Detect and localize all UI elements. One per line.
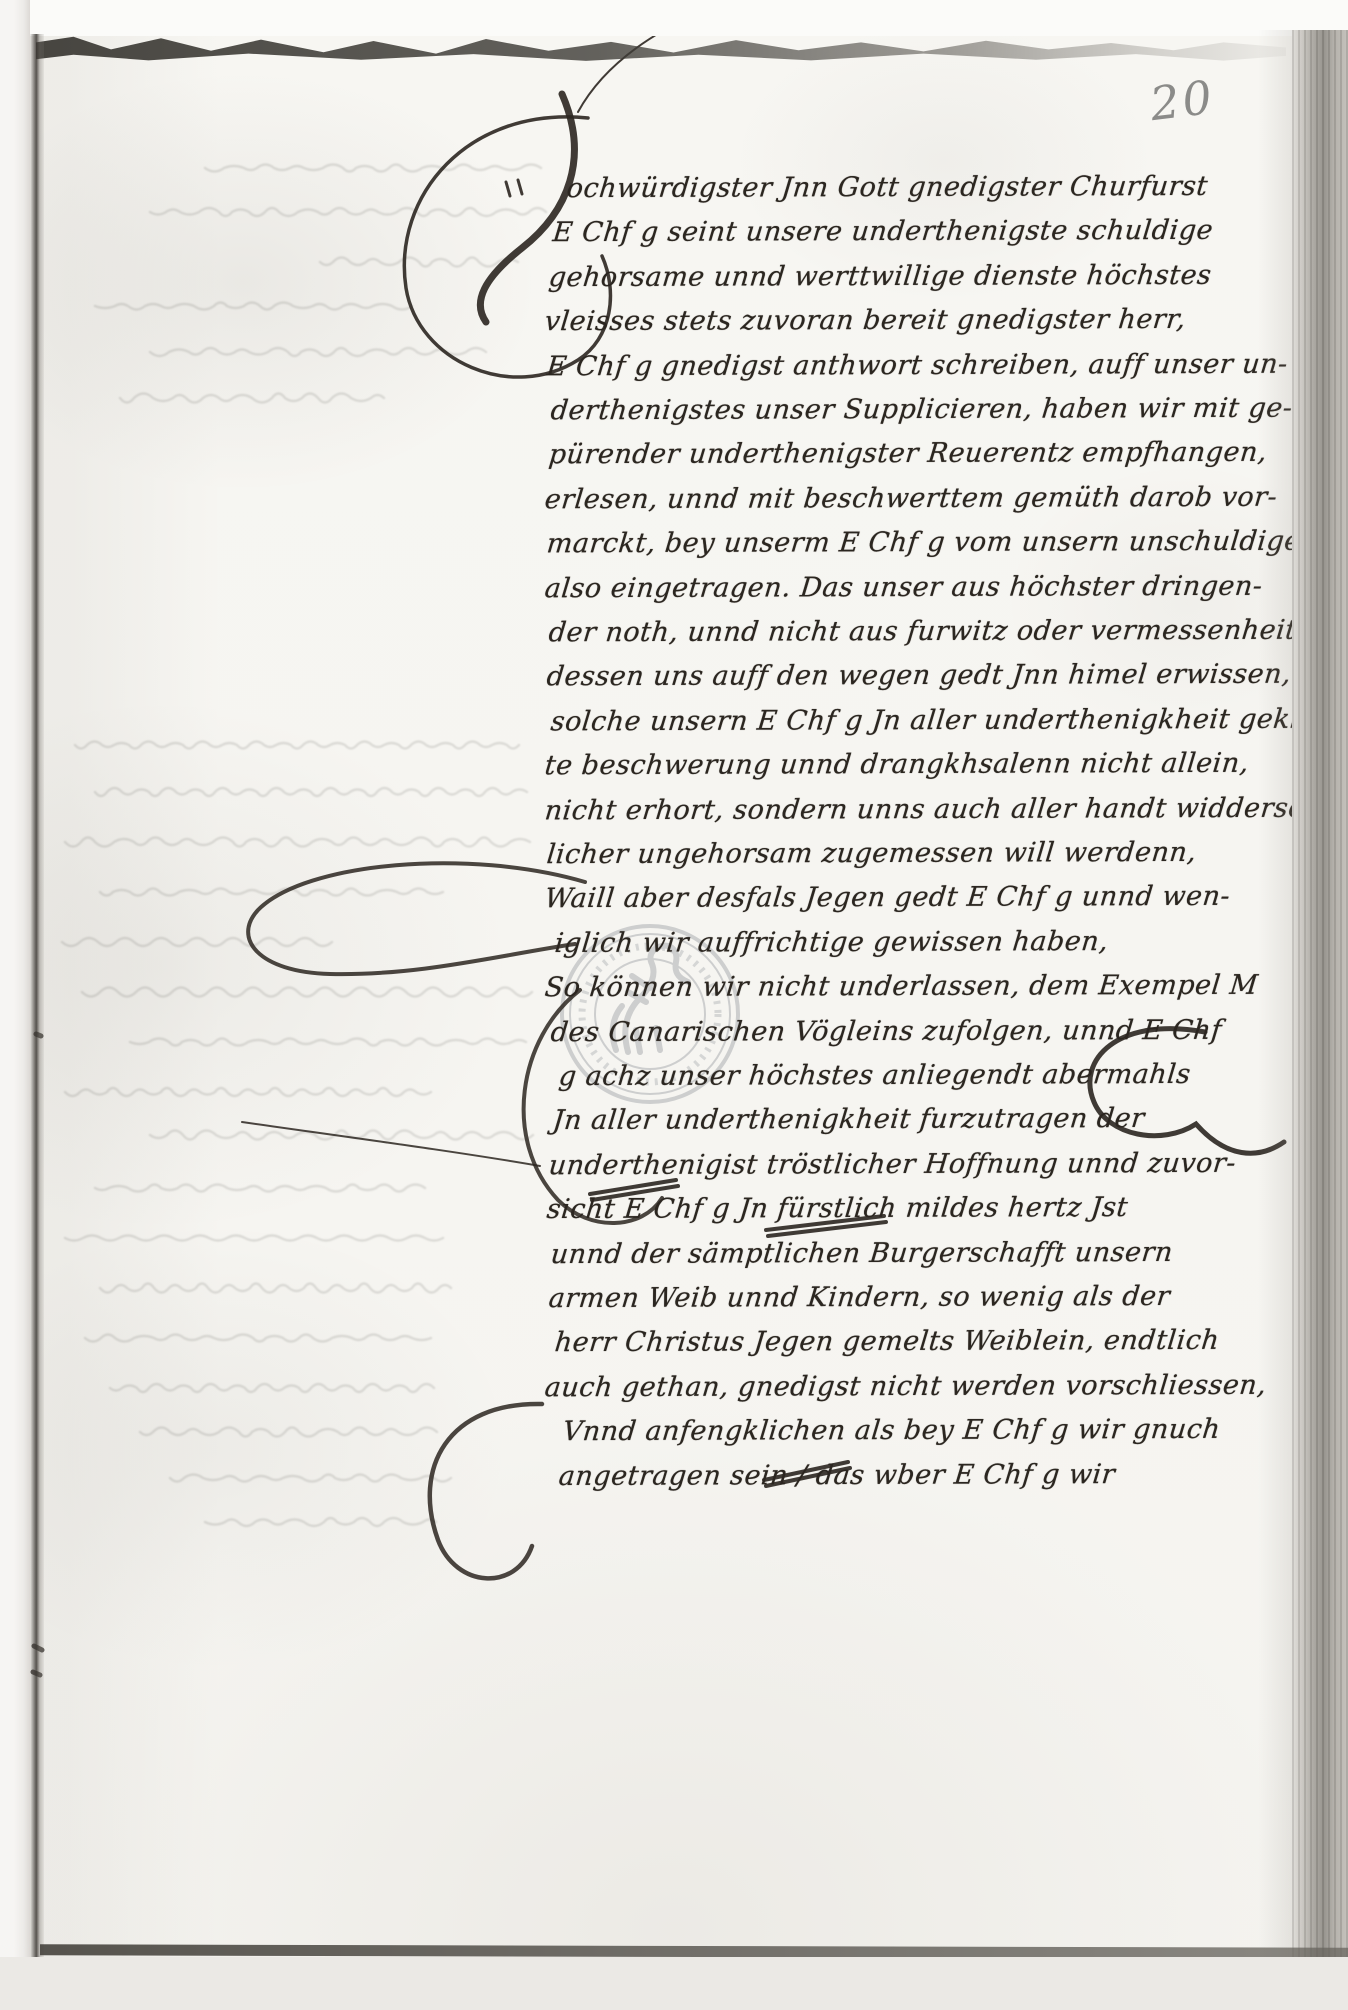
- binding-crease: [30, 34, 44, 1960]
- strikethrough-marks: [590, 1180, 886, 1486]
- ink-flourishes: [0, 0, 1348, 2010]
- book-fore-edge: [1292, 30, 1348, 1962]
- scan-background-top: [0, 0, 1348, 36]
- page-curvature-shadow: [1258, 30, 1292, 1962]
- scan-background-bottom: [0, 1957, 1348, 2010]
- margin-swash: [242, 863, 662, 1223]
- drop-cap-initial: [404, 12, 700, 377]
- initial-v-loop: [430, 1404, 542, 1578]
- paragraph-flourish: [1090, 1029, 1284, 1154]
- adjacent-page-edge: [0, 0, 30, 2010]
- manuscript-scan-page: ochwürdigster Jnn Gott gnedigster Churfu…: [0, 0, 1348, 2010]
